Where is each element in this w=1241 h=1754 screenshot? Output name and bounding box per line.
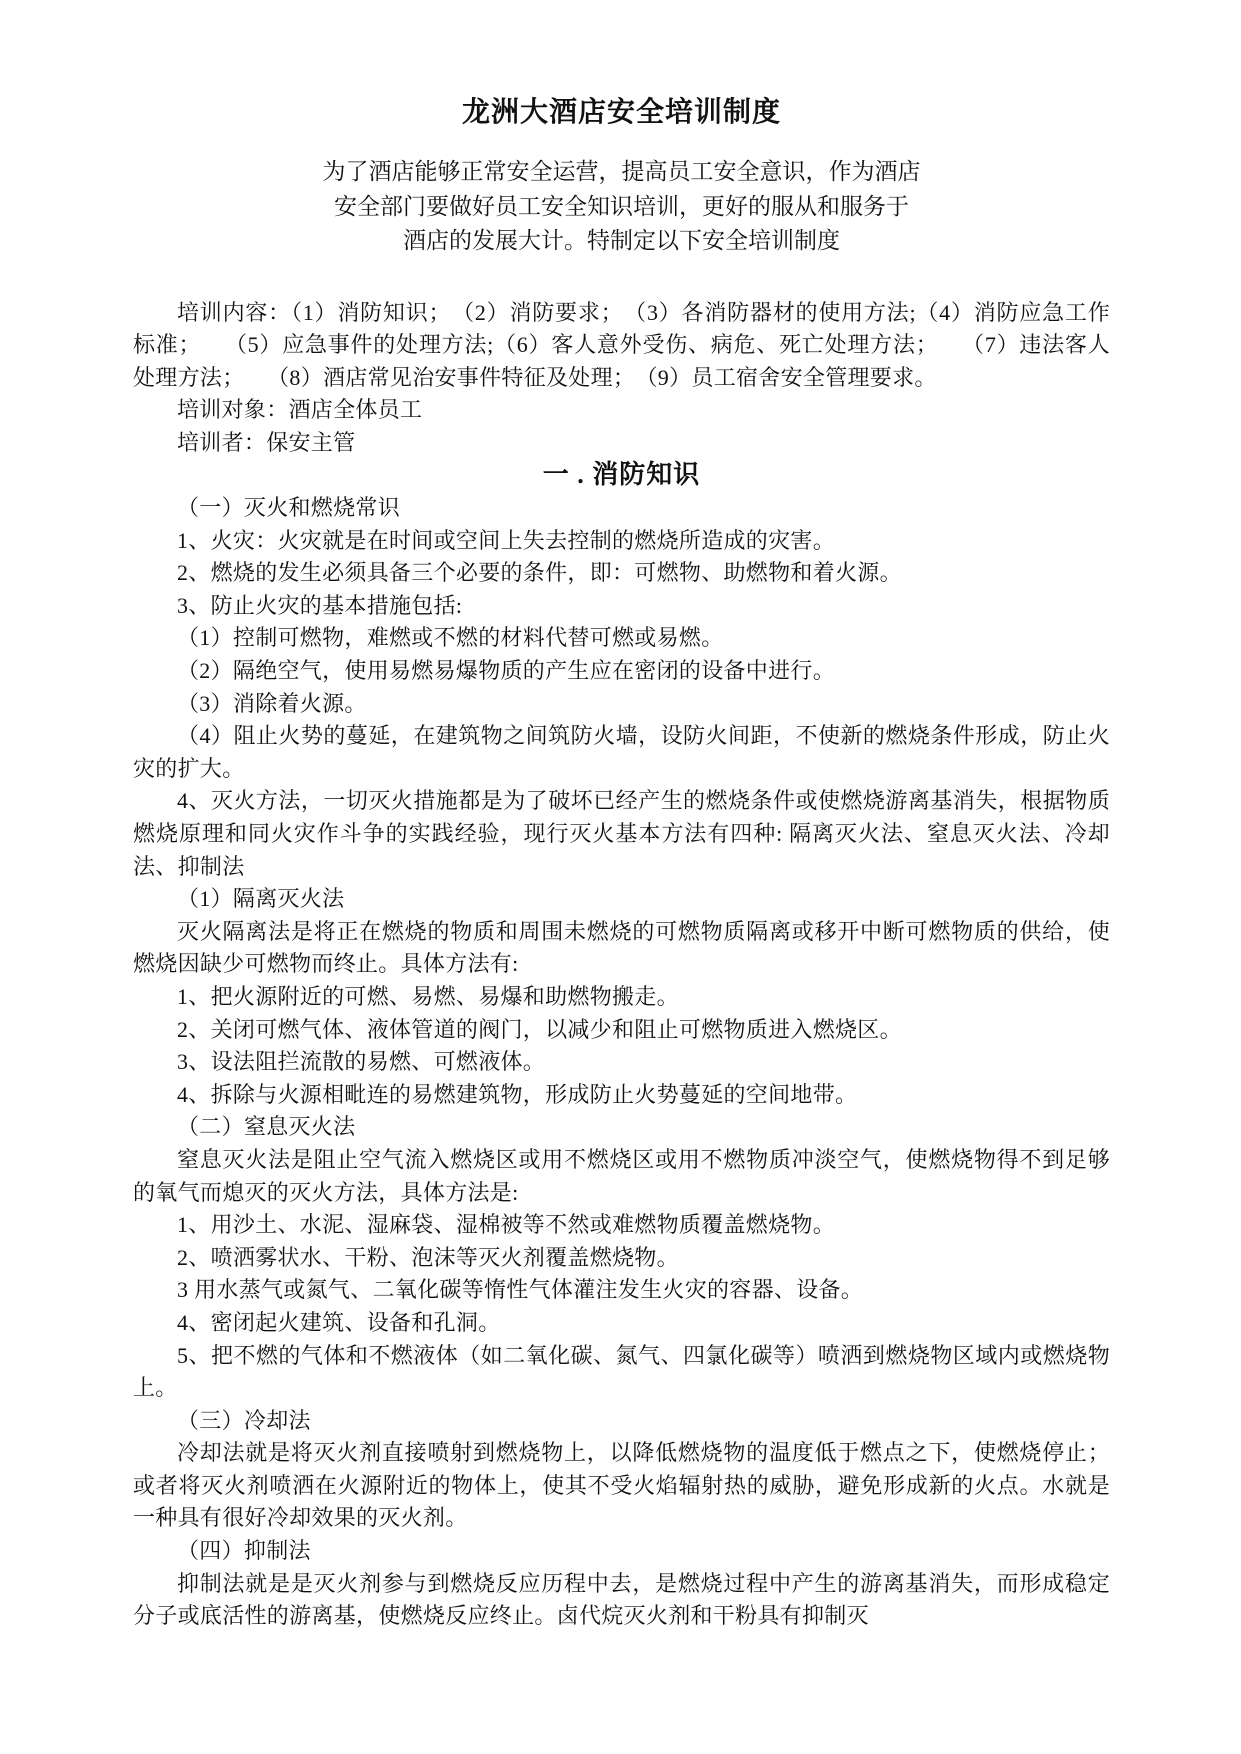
paragraph: 4、灭火方法，一切灭火措施都是为了破坏已经产生的燃烧条件或使燃烧游离基消失，根据… bbox=[133, 785, 1110, 883]
paragraph: （一）灭火和燃烧常识 bbox=[133, 492, 1110, 525]
paragraph: 4、密闭起火建筑、设备和孔洞。 bbox=[133, 1307, 1110, 1340]
paragraph: 2、燃烧的发生必须具备三个必要的条件，即：可燃物、助燃物和着火源。 bbox=[133, 557, 1110, 590]
paragraph: （2）隔绝空气，使用易燃易爆物质的产生应在密闭的设备中进行。 bbox=[133, 655, 1110, 688]
paragraph: 培训对象：酒店全体员工 bbox=[133, 394, 1110, 427]
document-page: 龙洲大酒店安全培训制度为了酒店能够正常安全运营，提高员工安全意识，作为酒店安全部… bbox=[0, 0, 1241, 1754]
paragraph: （1）控制可燃物，难燃或不燃的材料代替可燃或易燃。 bbox=[133, 622, 1110, 655]
section-heading: 一 . 消防知识 bbox=[133, 459, 1110, 492]
paragraph: 3 用水蒸气或氮气、二氧化碳等惰性气体灌注发生火灾的容器、设备。 bbox=[133, 1274, 1110, 1307]
paragraph: （4）阻止火势的蔓延，在建筑物之间筑防火墙，设防火间距，不使新的燃烧条件形成，防… bbox=[133, 720, 1110, 785]
paragraph: （1）隔离灭火法 bbox=[133, 883, 1110, 916]
paragraph: 抑制法就是是灭火剂参与到燃烧反应历程中去，是燃烧过程中产生的游离基消失，而形成稳… bbox=[133, 1568, 1110, 1633]
paragraph: 2、关闭可燃气体、液体管道的阀门，以减少和阻止可燃物质进入燃烧区。 bbox=[133, 1014, 1110, 1047]
paragraph: （三）冷却法 bbox=[133, 1405, 1110, 1438]
paragraph: 2、喷洒雾状水、干粉、泡沫等灭火剂覆盖燃烧物。 bbox=[133, 1242, 1110, 1275]
spacer bbox=[133, 259, 1110, 297]
paragraph: 窒息灭火法是阻止空气流入燃烧区或用不燃烧区或用不燃物质冲淡空气，使燃烧物得不到足… bbox=[133, 1144, 1110, 1209]
document-content: 龙洲大酒店安全培训制度为了酒店能够正常安全运营，提高员工安全意识，作为酒店安全部… bbox=[133, 93, 1110, 1633]
paragraph: 5、把不燃的气体和不燃液体（如二氧化碳、氮气、四氯化碳等）喷洒到燃烧物区域内或燃… bbox=[133, 1340, 1110, 1405]
paragraph: （二）窒息灭火法 bbox=[133, 1111, 1110, 1144]
paragraph: 3、防止火灾的基本措施包括: bbox=[133, 590, 1110, 623]
intro-line: 安全部门要做好员工安全知识培训，更好的服从和服务于 bbox=[133, 190, 1110, 225]
intro-line: 酒店的发展大计。特制定以下安全培训制度 bbox=[133, 224, 1110, 259]
paragraph: 1、把火源附近的可燃、易燃、易爆和助燃物搬走。 bbox=[133, 981, 1110, 1014]
paragraph: 冷却法就是将灭火剂直接喷射到燃烧物上，以降低燃烧物的温度低于燃点之下，使燃烧停止… bbox=[133, 1437, 1110, 1535]
paragraph: 4、拆除与火源相毗连的易燃建筑物，形成防止火势蔓延的空间地带。 bbox=[133, 1079, 1110, 1112]
paragraph: （3）消除着火源。 bbox=[133, 688, 1110, 721]
paragraph: 3、设法阻拦流散的易燃、可燃液体。 bbox=[133, 1046, 1110, 1079]
paragraph: 培训内容：（1）消防知识； （2）消防要求； （3）各消防器材的使用方法;（4）… bbox=[133, 297, 1110, 395]
paragraph: 1、用沙土、水泥、湿麻袋、湿棉被等不然或难燃物质覆盖燃烧物。 bbox=[133, 1209, 1110, 1242]
paragraph: （四）抑制法 bbox=[133, 1535, 1110, 1568]
paragraph: 1、火灾：火灾就是在时间或空间上失去控制的燃烧所造成的灾害。 bbox=[133, 525, 1110, 558]
intro-line: 为了酒店能够正常安全运营，提高员工安全意识，作为酒店 bbox=[133, 155, 1110, 190]
paragraph: 培训者：保安主管 bbox=[133, 427, 1110, 460]
paragraph: 灭火隔离法是将正在燃烧的物质和周围未燃烧的可燃物质隔离或移开中断可燃物质的供给，… bbox=[133, 916, 1110, 981]
document-title: 龙洲大酒店安全培训制度 bbox=[133, 93, 1110, 133]
